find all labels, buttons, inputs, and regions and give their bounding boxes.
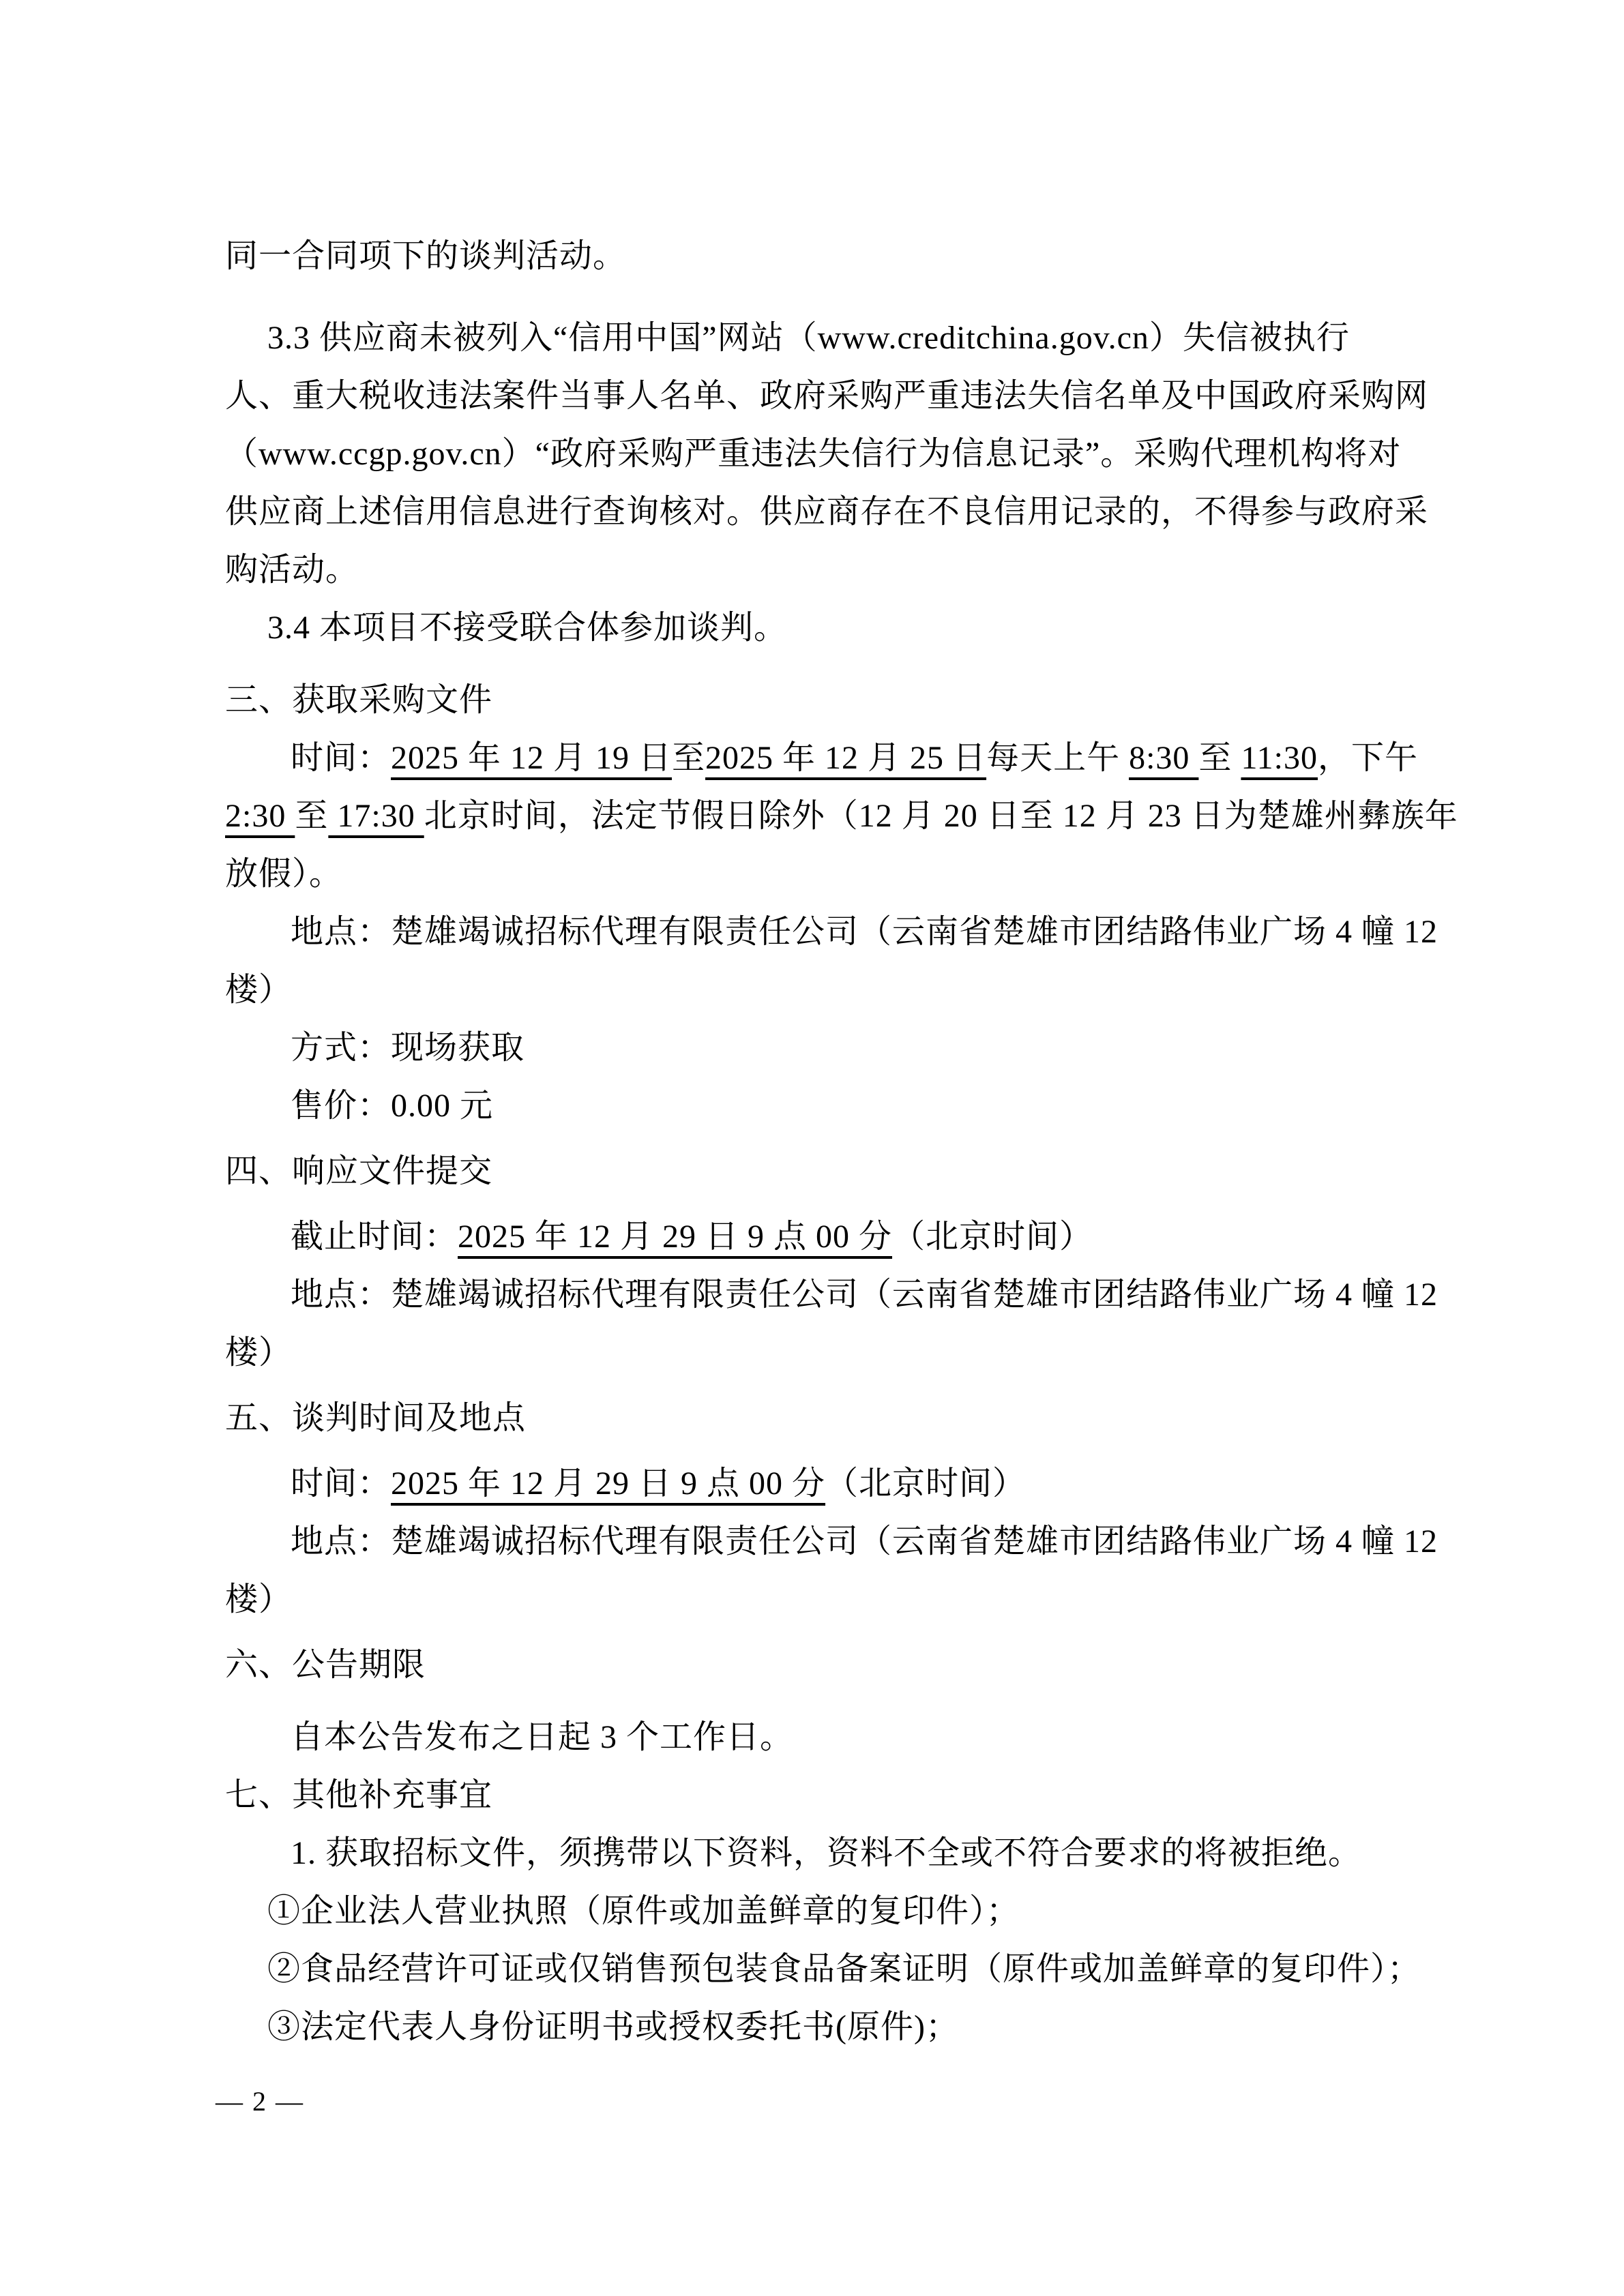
underlined-text: 2025 年 12 月 29 日 9 点 00 分 bbox=[458, 1219, 892, 1255]
text-segment: 供应商上述信用信息进行查询核对。供应商存在不良信用记录的，不得参与政府采 bbox=[225, 494, 1428, 530]
text-line: 楼） bbox=[225, 1570, 1453, 1628]
text-segment: 楼） bbox=[225, 1581, 292, 1617]
text-line: 1. 获取招标文件，须携带以下资料，资料不全或不符合要求的将被拒绝。 bbox=[225, 1824, 1453, 1882]
text-line: 楼） bbox=[225, 1324, 1453, 1382]
text-line: 地点：楚雄竭诚招标代理有限责任公司（云南省楚雄市团结路伟业广场 4 幢 12 bbox=[225, 1512, 1453, 1570]
text-line: 地点：楚雄竭诚招标代理有限责任公司（云南省楚雄市团结路伟业广场 4 幢 12 bbox=[225, 903, 1453, 961]
text-line: （www.ccgp.gov.cn）“政府采购严重违法失信行为信息记录”。采购代理… bbox=[225, 425, 1453, 483]
text-segment: ②食品经营许可证或仅销售预包装食品备案证明（原件或加盖鲜章的复印件）； bbox=[267, 1951, 1421, 1987]
text-segment: ，下午 bbox=[1318, 740, 1418, 776]
text-line: 时间：2025 年 12 月 19 日至2025 年 12 月 25 日每天上午… bbox=[225, 729, 1453, 787]
text-line: ③法定代表人身份证明书或授权委托书(原件)； bbox=[225, 1998, 1453, 2056]
text-segment: ③法定代表人身份证明书或授权委托书(原件)； bbox=[267, 2009, 959, 2045]
text-segment: ①企业法人营业执照（原件或加盖鲜章的复印件）； bbox=[267, 1893, 1020, 1929]
text-segment: 时间： bbox=[291, 1465, 391, 1502]
text-segment: 三、获取采购文件 bbox=[225, 682, 492, 718]
underlined-text: 2:30 bbox=[225, 798, 295, 834]
text-segment: 截止时间： bbox=[291, 1219, 458, 1255]
text-line: 地点：楚雄竭诚招标代理有限责任公司（云南省楚雄市团结路伟业广场 4 幢 12 bbox=[225, 1266, 1453, 1324]
text-segment: 地点：楚雄竭诚招标代理有限责任公司（云南省楚雄市团结路伟业广场 4 幢 12 bbox=[291, 1523, 1438, 1560]
underlined-text: 8:30 bbox=[1129, 740, 1198, 776]
text-segment: 方式：现场获取 bbox=[291, 1030, 525, 1066]
text-line: 方式：现场获取 bbox=[225, 1019, 1453, 1077]
section-heading: 六、公告期限 bbox=[225, 1636, 1453, 1694]
text-segment: 七、其他补充事宜 bbox=[225, 1777, 492, 1813]
text-line: 放假）。 bbox=[225, 845, 1453, 903]
section-heading: 五、谈判时间及地点 bbox=[225, 1389, 1453, 1447]
document-page: 同一合同项下的谈判活动。3.3 供应商未被列入“信用中国”网站（www.cred… bbox=[0, 0, 1624, 2296]
text-line: 楼） bbox=[225, 961, 1453, 1019]
page-number: — 2 — bbox=[216, 2081, 304, 2122]
text-segment: 售价：0.00 元 bbox=[291, 1088, 493, 1124]
text-line: 3.3 供应商未被列入“信用中国”网站（www.creditchina.gov.… bbox=[225, 309, 1453, 367]
text-segment: 五、谈判时间及地点 bbox=[225, 1400, 526, 1436]
underlined-text: 11:30 bbox=[1241, 740, 1318, 776]
text-segment: 至 bbox=[1198, 740, 1241, 776]
text-line: 3.4 本项目不接受联合体参加谈判。 bbox=[225, 599, 1453, 657]
text-segment: 地点：楚雄竭诚招标代理有限责任公司（云南省楚雄市团结路伟业广场 4 幢 12 bbox=[291, 1277, 1438, 1313]
text-segment: 每天上午 bbox=[986, 740, 1129, 776]
text-segment: 至 bbox=[672, 740, 705, 776]
section-heading: 四、响应文件提交 bbox=[225, 1142, 1453, 1200]
underlined-text: 17:30 bbox=[328, 798, 424, 834]
text-line: 时间：2025 年 12 月 29 日 9 点 00 分（北京时间） bbox=[225, 1455, 1453, 1512]
underlined-text: 2025 年 12 月 25 日 bbox=[705, 740, 986, 776]
text-segment: 3.4 本项目不接受联合体参加谈判。 bbox=[267, 610, 787, 646]
text-line: 供应商上述信用信息进行查询核对。供应商存在不良信用记录的，不得参与政府采 bbox=[225, 483, 1453, 541]
text-line: 人、重大税收违法案件当事人名单、政府采购严重违法失信名单及中国政府采购网 bbox=[225, 367, 1453, 425]
text-segment: 人、重大税收违法案件当事人名单、政府采购严重违法失信名单及中国政府采购网 bbox=[225, 378, 1428, 414]
text-segment: 同一合同项下的谈判活动。 bbox=[225, 238, 626, 274]
text-segment: 四、响应文件提交 bbox=[225, 1153, 492, 1189]
section-heading: 七、其他补充事宜 bbox=[225, 1766, 1453, 1824]
text-segment: 1. 获取招标文件，须携带以下资料，资料不全或不符合要求的将被拒绝。 bbox=[291, 1835, 1361, 1871]
text-line: ①企业法人营业执照（原件或加盖鲜章的复印件）； bbox=[225, 1882, 1453, 1940]
text-line: 2:30 至 17:30 北京时间，法定节假日除外（12 月 20 日至 12 … bbox=[225, 787, 1453, 845]
text-line: 自本公告发布之日起 3 个工作日。 bbox=[225, 1708, 1453, 1766]
text-segment: （北京时间） bbox=[892, 1219, 1093, 1255]
text-segment: 放假）。 bbox=[225, 856, 342, 892]
underlined-text: 2025 年 12 月 29 日 9 点 00 分 bbox=[391, 1465, 825, 1502]
text-segment: 购活动。 bbox=[225, 552, 359, 588]
document-body: 同一合同项下的谈判活动。3.3 供应商未被列入“信用中国”网站（www.cred… bbox=[225, 227, 1453, 2056]
text-segment: 自本公告发布之日起 3 个工作日。 bbox=[291, 1719, 793, 1755]
text-segment: 六、公告期限 bbox=[225, 1647, 426, 1683]
text-segment: 3.3 供应商未被列入“信用中国”网站（www.creditchina.gov.… bbox=[267, 320, 1350, 356]
text-line: 同一合同项下的谈判活动。 bbox=[225, 227, 1453, 285]
text-segment: 时间： bbox=[291, 740, 391, 776]
text-segment: 至 bbox=[295, 798, 328, 834]
text-line: 售价：0.00 元 bbox=[225, 1077, 1453, 1135]
underlined-text: 2025 年 12 月 19 日 bbox=[391, 740, 672, 776]
text-line: 截止时间：2025 年 12 月 29 日 9 点 00 分（北京时间） bbox=[225, 1208, 1453, 1266]
text-segment: 地点：楚雄竭诚招标代理有限责任公司（云南省楚雄市团结路伟业广场 4 幢 12 bbox=[291, 914, 1438, 950]
text-segment: （北京时间） bbox=[825, 1465, 1026, 1502]
text-segment: 楼） bbox=[225, 972, 292, 1008]
text-segment: 楼） bbox=[225, 1335, 292, 1371]
text-segment: （www.ccgp.gov.cn）“政府采购严重违法失信行为信息记录”。采购代理… bbox=[225, 436, 1401, 472]
text-line: ②食品经营许可证或仅销售预包装食品备案证明（原件或加盖鲜章的复印件）； bbox=[225, 1940, 1453, 1998]
section-heading: 三、获取采购文件 bbox=[225, 671, 1453, 729]
text-segment: 北京时间，法定节假日除外（12 月 20 日至 12 月 23 日为楚雄州彝族年 bbox=[424, 798, 1458, 834]
text-line: 购活动。 bbox=[225, 541, 1453, 599]
